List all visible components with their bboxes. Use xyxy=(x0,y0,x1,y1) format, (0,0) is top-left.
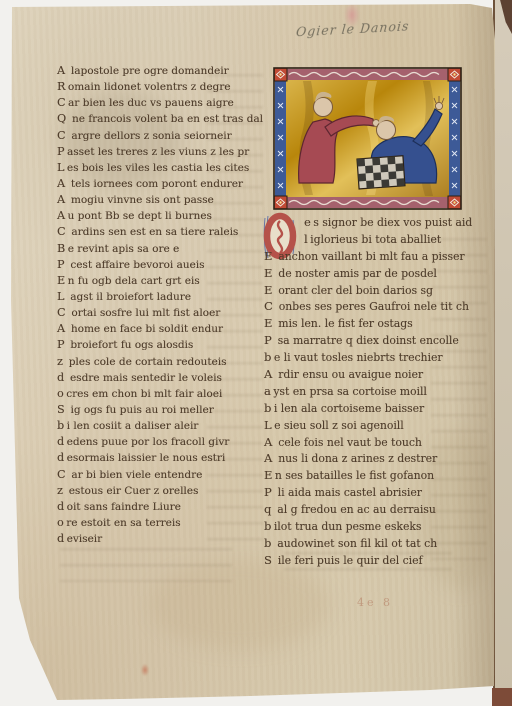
show-through-text xyxy=(60,548,232,582)
text-line: be li vaut tosles niebrts trechier xyxy=(264,349,496,366)
text-line: S ile feri puis le quir del cief xyxy=(264,552,496,569)
text-line: q al g fredou en ac au derraisu xyxy=(264,501,496,518)
text-line: z ples cole de cortain redouteis xyxy=(57,354,272,370)
text-line: A rdir ensu ou avaigue noier xyxy=(264,366,496,383)
text-line: E orant cler del boin darios sg xyxy=(264,282,496,299)
text-line: E anchon vaillant bi mlt fau a pisser xyxy=(264,248,496,265)
title-annotation: Ogier le Danois xyxy=(295,16,466,40)
text-line: E mis len. le fist fer ostags xyxy=(264,315,496,332)
binding-corner-bottom xyxy=(492,688,512,706)
text-line: P sa marratre q diex doinst encolle xyxy=(264,332,496,349)
text-line: desormais laissier le nous estri xyxy=(57,450,272,466)
text-line: P broiefort fu ogs alosdis xyxy=(57,337,272,353)
text-line: A lapostole pre ogre domandeir xyxy=(57,63,272,79)
text-line: Car bien les duc vs pauens aigre xyxy=(57,95,272,111)
text-line: doit sans faindre Liure xyxy=(57,499,272,515)
text-line: A mogiu vinvne sis ont passe xyxy=(57,192,272,208)
miniature-illustration xyxy=(273,67,462,210)
left-column: A lapostole pre ogre domandeirRomain lid… xyxy=(57,63,272,547)
text-line: bi len cosiit a daliser aleir xyxy=(57,418,272,434)
text-line: d esdre mais sentedir le voleis xyxy=(57,370,272,386)
text-line: Au pont Bb se dept li burnes xyxy=(57,208,272,224)
text-line: En ses batailles le fist gofanon xyxy=(264,467,496,484)
text-line: Q ne francois volent ba en est tras dal xyxy=(57,111,272,127)
text-line: ocres em chon bi mlt fair aloei xyxy=(57,386,272,402)
text-line: ayst en prsa sa cortoise moill xyxy=(264,383,496,400)
parchment-leaf: Ogier le Danois A lapostole pre ogre dom… xyxy=(0,0,512,706)
text-line: es signor be diex vos puist aid xyxy=(264,214,496,231)
manuscript-scan: Ogier le Danois A lapostole pre ogre dom… xyxy=(0,0,512,706)
text-line: C ortai sosfre lui mlt fist aloer xyxy=(57,305,272,321)
text-line: A tels iornees com poront endurer xyxy=(57,176,272,192)
text-line: Les bois les viles les castia les cites xyxy=(57,160,272,176)
text-line: Romain lidonet volentrs z degre xyxy=(57,79,272,95)
text-line: b audowinet son fil kil ot tat ch xyxy=(264,535,496,552)
text-line: C onbes ses peres Gaufroi nele tit ch xyxy=(264,298,496,315)
text-line: C argre dellors z sonia seiorneir xyxy=(57,128,272,144)
red-ink-speck xyxy=(141,664,149,676)
text-line: A home en face bi soldit endur xyxy=(57,321,272,337)
text-line: E de noster amis par de posdel xyxy=(264,265,496,282)
chessboard xyxy=(357,156,405,189)
text-line: liglorieus bi tota aballiet xyxy=(264,231,496,248)
text-line: L agst il broiefort ladure xyxy=(57,289,272,305)
text-line: A nus li dona z arines z destrer xyxy=(264,450,496,467)
text-line: deviseir xyxy=(57,531,272,547)
text-line: A cele fois nel vaut be touch xyxy=(264,434,496,451)
text-line: Le sieu soll z soi agenoill xyxy=(264,417,496,434)
underleaf-edge xyxy=(493,0,512,706)
text-line: P cest affaire bevoroi aueis xyxy=(57,257,272,273)
text-line: bilot trua dun pesme eskeks xyxy=(264,518,496,535)
right-column: es signor be diex vos puist aidliglorieu… xyxy=(264,214,496,569)
text-line: ore estoit en sa terreis xyxy=(57,515,272,531)
text-line: En fu ogb dela cart grt eis xyxy=(57,273,272,289)
text-line: S ig ogs fu puis au roi meller xyxy=(57,402,272,418)
text-line: Be revint apis sa ore e xyxy=(57,241,272,257)
text-line: C ar bi bien viele entendre xyxy=(57,467,272,483)
text-line: z estous eir Cuer z orelles xyxy=(57,483,272,499)
text-line: dedens puue por los fracoll givr xyxy=(57,434,272,450)
text-line: P li aida mais castel abrisier xyxy=(264,484,496,501)
miniature-scene xyxy=(273,67,462,210)
text-line: Passet les treres z les viuns z les pr xyxy=(57,144,272,160)
text-line: C ardins sen est en sa tiere raleis xyxy=(57,224,272,240)
faint-folio-mark: 4e 8 xyxy=(357,596,393,609)
text-line: bi len ala cortoiseme baisser xyxy=(264,400,496,417)
